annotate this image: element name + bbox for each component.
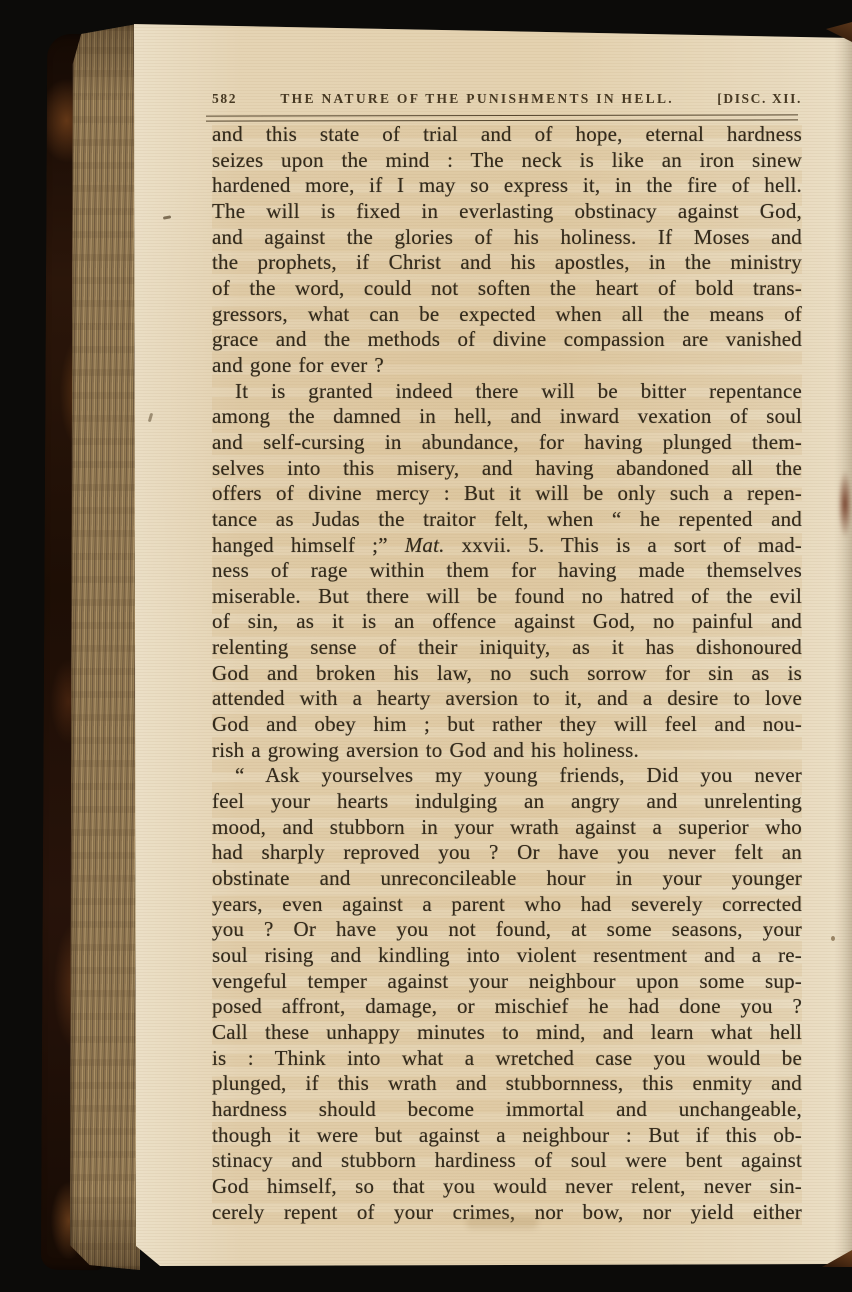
page-header: 582 THE NATURE OF THE PUNISHMENTS IN HEL… — [212, 91, 802, 107]
text-line: soul rising and kindling into violent re… — [212, 943, 802, 969]
text-line: hanged himself ;” Mat. xxvii. 5. This is… — [212, 533, 802, 559]
text-line: posed affront, damage, or mischief he ha… — [212, 994, 802, 1020]
edge-stain — [838, 470, 852, 538]
margin-mark — [163, 215, 171, 219]
text-line: and this state of trial and of hope, ete… — [212, 122, 802, 148]
show-through-smudge — [466, 1216, 538, 1229]
paragraph: and this state of trial and of hope, ete… — [212, 122, 802, 379]
text-line: hardened more, if I may so express it, i… — [212, 173, 802, 199]
text-line: of sin, as it is an offence against God,… — [212, 609, 802, 635]
page-edges-stack — [70, 24, 140, 1270]
text-line: had sharply reproved you ? Or have you n… — [212, 840, 802, 866]
paragraph: “ Ask yourselves my young friends, Did y… — [212, 763, 802, 1225]
text-line: plunged, if this wrath and stubbornness,… — [212, 1071, 802, 1097]
text-line: selves into this misery, and having aban… — [212, 456, 802, 482]
text-line: is : Think into what a wretched case you… — [212, 1046, 802, 1072]
margin-mark — [148, 413, 153, 422]
photo-background: 582 THE NATURE OF THE PUNISHMENTS IN HEL… — [0, 0, 852, 1292]
text-line: Call these unhappy minutes to mind, and … — [212, 1020, 802, 1046]
text-line: the prophets, if Christ and his apostles… — [212, 250, 802, 276]
text-line: tance as Judas the traitor felt, when “ … — [212, 507, 802, 533]
running-title: THE NATURE OF THE PUNISHMENTS IN HELL. — [280, 91, 674, 107]
text-line: and against the glories of his holiness.… — [212, 225, 802, 251]
paragraph: It is granted indeed there will be bitte… — [212, 379, 802, 764]
header-rule — [206, 114, 798, 121]
margin-mark — [831, 936, 835, 941]
text-line: The will is fixed in everlasting obstina… — [212, 199, 802, 225]
text-line: attended with a hearty aversion to it, a… — [212, 686, 802, 712]
text-line: rish a growing aversion to God and his h… — [212, 738, 802, 764]
text-line: God and broken his law, no such sorrow f… — [212, 661, 802, 687]
text-line: grace and the methods of divine compassi… — [212, 327, 802, 353]
text-line: offers of divine mercy : But it will be … — [212, 481, 802, 507]
text-line: gressors, what can be expected when all … — [212, 302, 802, 328]
text-line: seizes upon the mind : The neck is like … — [212, 148, 802, 174]
text-line: you ? Or have you not found, at some sea… — [212, 917, 802, 943]
text-line: “ Ask yourselves my young friends, Did y… — [212, 763, 802, 789]
body-text: and this state of trial and of hope, ete… — [212, 122, 802, 1225]
text-line: ness of rage within them for having made… — [212, 558, 802, 584]
text-line: of the word, could not soften the heart … — [212, 276, 802, 302]
text-line: though it were but against a neighbour :… — [212, 1123, 802, 1149]
text-line: relenting sense of their iniquity, as it… — [212, 635, 802, 661]
text-line: feel your hearts indulging an angry and … — [212, 789, 802, 815]
text-line: God and obey him ; but rather they will … — [212, 712, 802, 738]
text-line: miserable. But there will be found no ha… — [212, 584, 802, 610]
text-line: and gone for ever ? — [212, 353, 802, 379]
text-line: obstinate and unreconcileable hour in yo… — [212, 866, 802, 892]
text-line: God himself, so that you would never rel… — [212, 1174, 802, 1200]
text-line: and self-cursing in abundance, for havin… — [212, 430, 802, 456]
page-number: 582 — [212, 91, 237, 107]
text-line: It is granted indeed there will be bitte… — [212, 379, 802, 405]
text-line: mood, and stubborn in your wrath against… — [212, 815, 802, 841]
text-line: among the damned in hell, and inward vex… — [212, 404, 802, 430]
text-line: years, even against a parent who had sev… — [212, 892, 802, 918]
text-line: hardness should become immortal and unch… — [212, 1097, 802, 1123]
discourse-label: [DISC. XII. — [717, 91, 802, 107]
text-line: stinacy and stubborn hardiness of soul w… — [212, 1148, 802, 1174]
text-line: vengeful temper against your neighbour u… — [212, 969, 802, 995]
